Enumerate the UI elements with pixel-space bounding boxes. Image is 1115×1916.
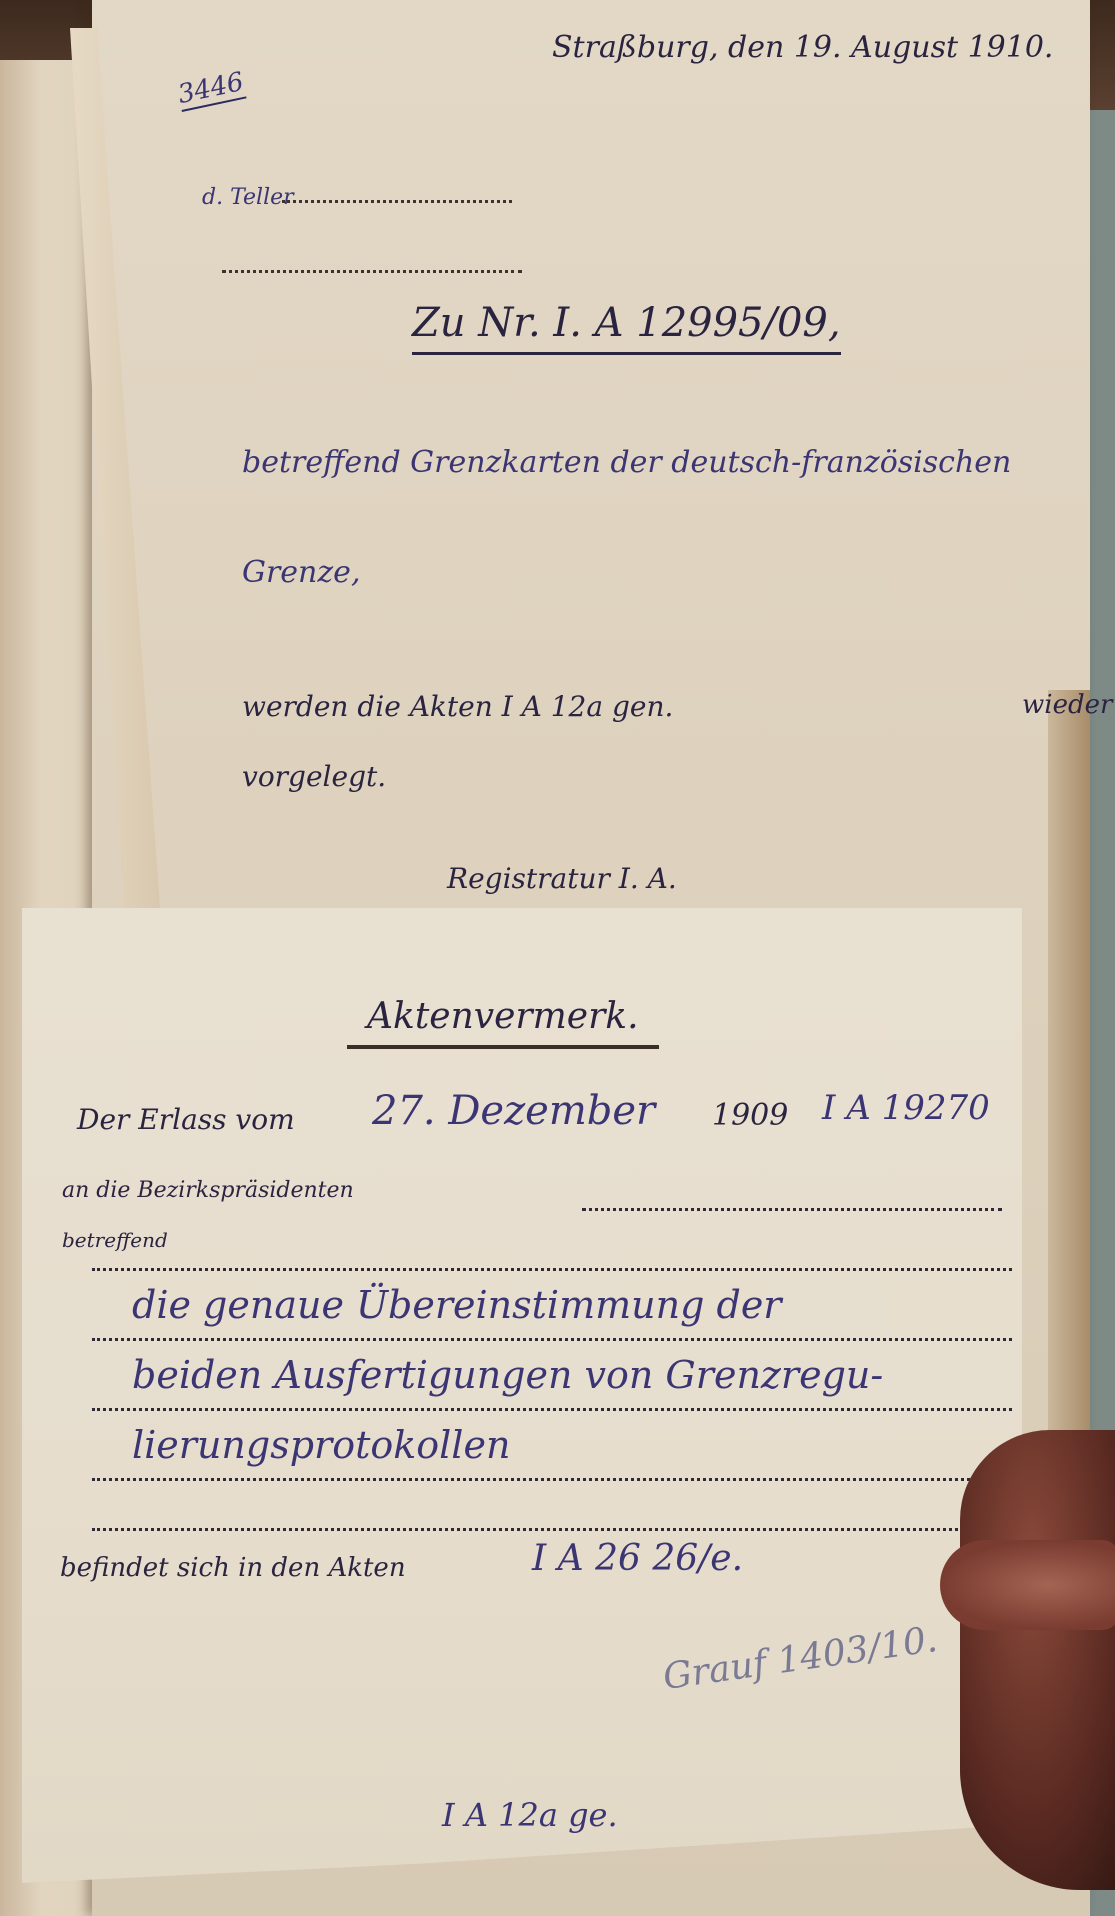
decree-date: 27. Dezember — [372, 1088, 655, 1134]
decree-year: 1909 — [712, 1098, 788, 1133]
sender-note: d. Teller — [202, 185, 294, 210]
dotted-line — [92, 1408, 1012, 1411]
document-title: Zu Nr. I. A 12995/09, — [412, 300, 841, 355]
body-line-1: die genaue Übereinstimmung der — [132, 1283, 781, 1327]
registry-signature: Registratur I. A. — [447, 862, 677, 895]
reference-number: 3446 — [175, 67, 246, 112]
files-note-right: wieder — [1022, 690, 1112, 720]
addressee: an die Bezirkspräsidenten — [62, 1178, 354, 1203]
subject-line-2: Grenze, — [242, 555, 360, 590]
dotted-line — [92, 1528, 1012, 1531]
dotted-line — [582, 1208, 1002, 1211]
dotted-line — [222, 270, 522, 273]
files-note-line-1: werden die Akten I A 12a gen. — [242, 690, 673, 723]
card-title: Aktenvermerk. — [347, 996, 659, 1049]
pencil-note: Grauf 1403/10. — [660, 1619, 939, 1698]
decree-reference: I A 19270 — [822, 1088, 990, 1128]
body-line-2: beiden Ausfertigungen von Grenzregu- — [132, 1353, 883, 1397]
dotted-line — [92, 1478, 1012, 1481]
file-note-card: Aktenvermerk. Der Erlass vom 27. Dezembe… — [22, 908, 1022, 1883]
bottom-reference: I A 12a ge. — [442, 1796, 618, 1834]
regarding-label: betreffend — [62, 1228, 168, 1252]
subject-line-1: betreffend Grenzkarten der deutsch-franz… — [242, 445, 1011, 480]
holding-hand — [960, 1430, 1115, 1890]
files-note-line-2: vorgelegt. — [242, 760, 386, 793]
dotted-line — [282, 200, 512, 203]
body-line-3: lierungsprotokollen — [132, 1423, 510, 1467]
located-reference: I A 26 26/e. — [532, 1538, 743, 1579]
document-photo: Straßburg, den 19. August 1910. 3446 d. … — [0, 0, 1115, 1916]
place-date: Straßburg, den 19. August 1910. — [552, 30, 1053, 65]
dotted-line — [92, 1268, 1012, 1271]
holding-thumb — [940, 1540, 1115, 1630]
dotted-line — [92, 1338, 1012, 1341]
decree-prefix: Der Erlass vom — [77, 1103, 295, 1136]
located-text: befindet sich in den Akten — [60, 1553, 406, 1583]
